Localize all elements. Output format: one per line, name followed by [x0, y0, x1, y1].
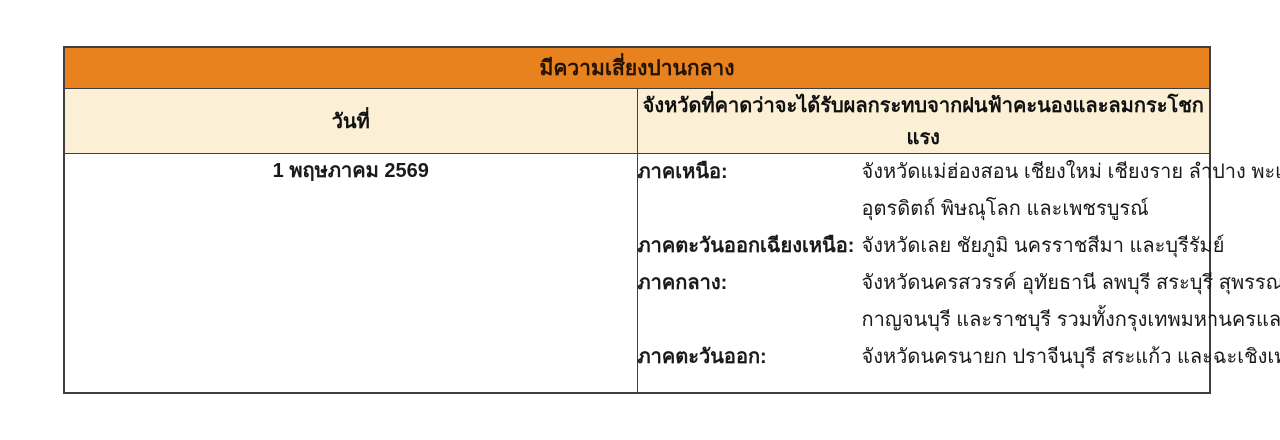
region-row-north: ภาคเหนือ: จังหวัดแม่ฮ่องสอน เชียงใหม่ เช… — [638, 154, 1210, 228]
region-provinces: จังหวัดนครสวรรค์ อุทัยธานี ลพบุรี สระบุร… — [862, 265, 1280, 339]
region-line: จังหวัดเลย ชัยภูมิ นครราชสีมา และบุรีรัม… — [862, 228, 1225, 265]
region-line: จังหวัดนครนายก ปราจีนบุรี สระแก้ว และฉะเ… — [862, 339, 1280, 376]
region-line: จังหวัดแม่ฮ่องสอน เชียงใหม่ เชียงราย ลำป… — [862, 154, 1280, 191]
regions-cell: ภาคเหนือ: จังหวัดแม่ฮ่องสอน เชียงใหม่ เช… — [637, 154, 1210, 394]
table-row: มีความเสี่ยงปานกลาง — [64, 47, 1210, 89]
date-column-header: วันที่ — [64, 89, 637, 154]
region-row-northeast: ภาคตะวันออกเฉียงเหนือ: จังหวัดเลย ชัยภูม… — [638, 228, 1210, 265]
region-line: กาญจนบุรี และราชบุรี รวมทั้งกรุงเทพมหานค… — [862, 302, 1280, 339]
risk-advisory-table: มีความเสี่ยงปานกลาง วันที่ จังหวัดที่คาด… — [63, 46, 1211, 394]
region-row-central: ภาคกลาง: จังหวัดนครสวรรค์ อุทัยธานี ลพบุ… — [638, 265, 1210, 339]
region-row-east: ภาคตะวันออก: จังหวัดนครนายก ปราจีนบุรี ส… — [638, 339, 1210, 376]
date-value: 1 พฤษภาคม 2569 — [64, 154, 637, 394]
table-row: 1 พฤษภาคม 2569 ภาคเหนือ: จังหวัดแม่ฮ่องส… — [64, 154, 1210, 394]
region-label: ภาคตะวันออกเฉียงเหนือ: — [638, 228, 862, 265]
region-label: ภาคตะวันออก: — [638, 339, 862, 376]
risk-level-title: มีความเสี่ยงปานกลาง — [64, 47, 1210, 89]
region-label: ภาคกลาง: — [638, 265, 862, 339]
table-row: วันที่ จังหวัดที่คาดว่าจะได้รับผลกระทบจา… — [64, 89, 1210, 154]
region-provinces: จังหวัดเลย ชัยภูมิ นครราชสีมา และบุรีรัม… — [862, 228, 1225, 265]
region-line: อุตรดิตถ์ พิษณุโลก และเพชรบูรณ์ — [862, 191, 1280, 228]
provinces-column-header: จังหวัดที่คาดว่าจะได้รับผลกระทบจากฝนฟ้าค… — [637, 89, 1210, 154]
region-line: จังหวัดนครสวรรค์ อุทัยธานี ลพบุรี สระบุร… — [862, 265, 1280, 302]
region-provinces: จังหวัดนครนายก ปราจีนบุรี สระแก้ว และฉะเ… — [862, 339, 1280, 376]
page: มีความเสี่ยงปานกลาง วันที่ จังหวัดที่คาด… — [0, 0, 1280, 440]
region-provinces: จังหวัดแม่ฮ่องสอน เชียงใหม่ เชียงราย ลำป… — [862, 154, 1280, 228]
region-label: ภาคเหนือ: — [638, 154, 862, 228]
